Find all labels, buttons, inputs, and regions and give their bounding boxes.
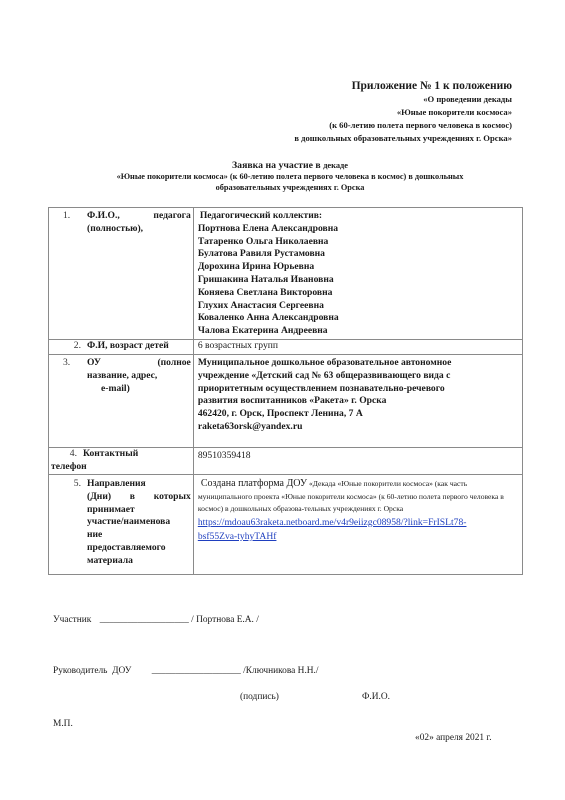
teacher-name: Булатова Равиля Рустамовна bbox=[198, 248, 520, 261]
appendix-line: в дошкольных образовательных учреждениях… bbox=[294, 132, 512, 145]
title-main-small: декаде bbox=[323, 161, 348, 170]
label-line: Контактный bbox=[83, 448, 138, 459]
row-value: Создана платформа ДОУ «Декада «Юные поко… bbox=[193, 475, 522, 575]
row-number: 1. bbox=[53, 210, 87, 223]
participant-label: Участник bbox=[53, 615, 91, 625]
table-row: 5.Направления (Дни) в которых принимает … bbox=[49, 475, 523, 575]
table-row: 4.Контактный телефон 89510359418 bbox=[49, 448, 523, 475]
date: «02» апреля 2021 г. bbox=[415, 733, 492, 743]
teacher-name: Дорохина Ирина Юрьевна bbox=[198, 261, 520, 274]
teacher-name: Коняева Светлана Викторовна bbox=[198, 287, 520, 300]
teacher-name: Коваленко Анна Александровна bbox=[198, 312, 520, 325]
title-main: Заявка на участие в bbox=[232, 160, 321, 171]
table-row: 2.Ф.И, возраст детей 6 возрастных групп bbox=[49, 340, 523, 355]
link-line: bsf55Zva-tyhyTAHf bbox=[198, 531, 277, 542]
row-label: 5.Направления (Дни) в которых принимает … bbox=[49, 475, 194, 575]
stamp-label: М.П. bbox=[53, 719, 73, 729]
label-line: принимает bbox=[53, 504, 191, 517]
platform-link[interactable]: https://mdoau63raketa.netboard.me/v4r9ei… bbox=[198, 517, 467, 542]
teacher-name: Гришакина Наталья Ивановна bbox=[198, 274, 520, 287]
head-name: /Ключникова Н.Н./ bbox=[243, 666, 318, 676]
phone-value: 89510359418 bbox=[193, 448, 522, 475]
teacher-name: Глухих Анастасия Сергеевна bbox=[198, 300, 520, 313]
title-line-2: «Юные покорители космоса» (к 60-летию по… bbox=[60, 171, 520, 182]
address-line: 462420, г. Орск, Проспект Ленина, 7 А bbox=[198, 408, 520, 421]
application-table: 1.Ф.И.О., педагога (полностью), Педагоги… bbox=[48, 207, 523, 575]
row-number: 4. bbox=[49, 448, 83, 461]
appendix-line: «Юные покорители космоса» bbox=[294, 106, 512, 119]
row-value: Муниципальное дошкольное образовательное… bbox=[193, 355, 522, 448]
participant-signature-line: ___________________ bbox=[100, 615, 189, 625]
label-line: предоставляемого bbox=[53, 542, 191, 555]
participant-name: / Портнова Е.А. / bbox=[191, 615, 259, 625]
teacher-name: Чалова Екатерина Андреевна bbox=[198, 325, 520, 338]
table-row: 1.Ф.И.О., педагога (полностью), Педагоги… bbox=[49, 208, 523, 340]
platform-intro: Создана платформа ДОУ bbox=[198, 478, 307, 489]
label-line: материала bbox=[53, 555, 191, 568]
row-value: Педагогический коллектив: Портнова Елена… bbox=[193, 208, 522, 340]
appendix-line: (к 60-летию полета первого человека в ко… bbox=[294, 119, 512, 132]
label-line: Ф.И.О., педагога bbox=[87, 210, 191, 221]
row-label: 3.ОУ (полное название, адрес, e-mail) bbox=[49, 355, 194, 448]
participant-signature: Участник ___________________ / Портнова … bbox=[53, 615, 259, 625]
label-line: e-mail) bbox=[53, 383, 191, 396]
value-title: Педагогический коллектив: bbox=[198, 210, 520, 223]
label-line: Ф.И, возраст детей bbox=[87, 340, 169, 351]
label-line: (Дни) в которых bbox=[53, 491, 191, 504]
appendix-line: «О проведении декады bbox=[294, 93, 512, 106]
institution-line: Муниципальное дошкольное образовательное… bbox=[198, 357, 520, 370]
row-value: 6 возрастных групп bbox=[193, 340, 522, 355]
row-number: 3. bbox=[53, 357, 87, 370]
caption-signature: (подпись) bbox=[240, 692, 279, 702]
teacher-name: Портнова Елена Александровна bbox=[198, 223, 520, 236]
title-line-3: образовательных учреждениях г. Орска bbox=[60, 182, 520, 193]
caption-fio: Ф.И.О. bbox=[362, 692, 390, 702]
document-title: Заявка на участие в декаде «Юные покорит… bbox=[60, 160, 520, 193]
teacher-name: Татаренко Ольга Николаевна bbox=[198, 236, 520, 249]
label-line: ние bbox=[53, 529, 191, 542]
label-line: (полностью), bbox=[53, 223, 191, 236]
label-line: ОУ (полное bbox=[87, 357, 191, 368]
table-row: 3.ОУ (полное название, адрес, e-mail) Му… bbox=[49, 355, 523, 448]
label-line: участие/наименова bbox=[53, 516, 191, 529]
institution-line: учреждение «Детский сад № 63 общеразвива… bbox=[198, 370, 520, 383]
link-line: https://mdoau63raketa.netboard.me/v4r9ei… bbox=[198, 517, 467, 528]
row-label: 4.Контактный телефон bbox=[49, 448, 194, 475]
institution-line: приоритетным осуществлением познавательн… bbox=[198, 383, 520, 396]
institution-line: развития воспитанников «Ракета» г. Орска bbox=[198, 395, 520, 408]
label-line: телефон bbox=[49, 461, 191, 474]
label-line: Направления bbox=[87, 478, 146, 489]
appendix-title: Приложение № 1 к положению bbox=[294, 79, 512, 93]
row-label: 2.Ф.И, возраст детей bbox=[49, 340, 194, 355]
head-label: Руководитель ДОУ bbox=[53, 666, 131, 676]
row-number: 2. bbox=[53, 340, 87, 353]
head-signature: Руководитель ДОУ ___________________ /Кл… bbox=[53, 666, 319, 676]
row-number: 5. bbox=[53, 478, 87, 491]
appendix-header: Приложение № 1 к положению «О проведении… bbox=[294, 79, 512, 145]
row-label: 1.Ф.И.О., педагога (полностью), bbox=[49, 208, 194, 340]
email-line: raketa63orsk@yandex.ru bbox=[198, 421, 520, 434]
label-line: название, адрес, bbox=[53, 370, 191, 383]
head-signature-line: ___________________ bbox=[152, 666, 241, 676]
